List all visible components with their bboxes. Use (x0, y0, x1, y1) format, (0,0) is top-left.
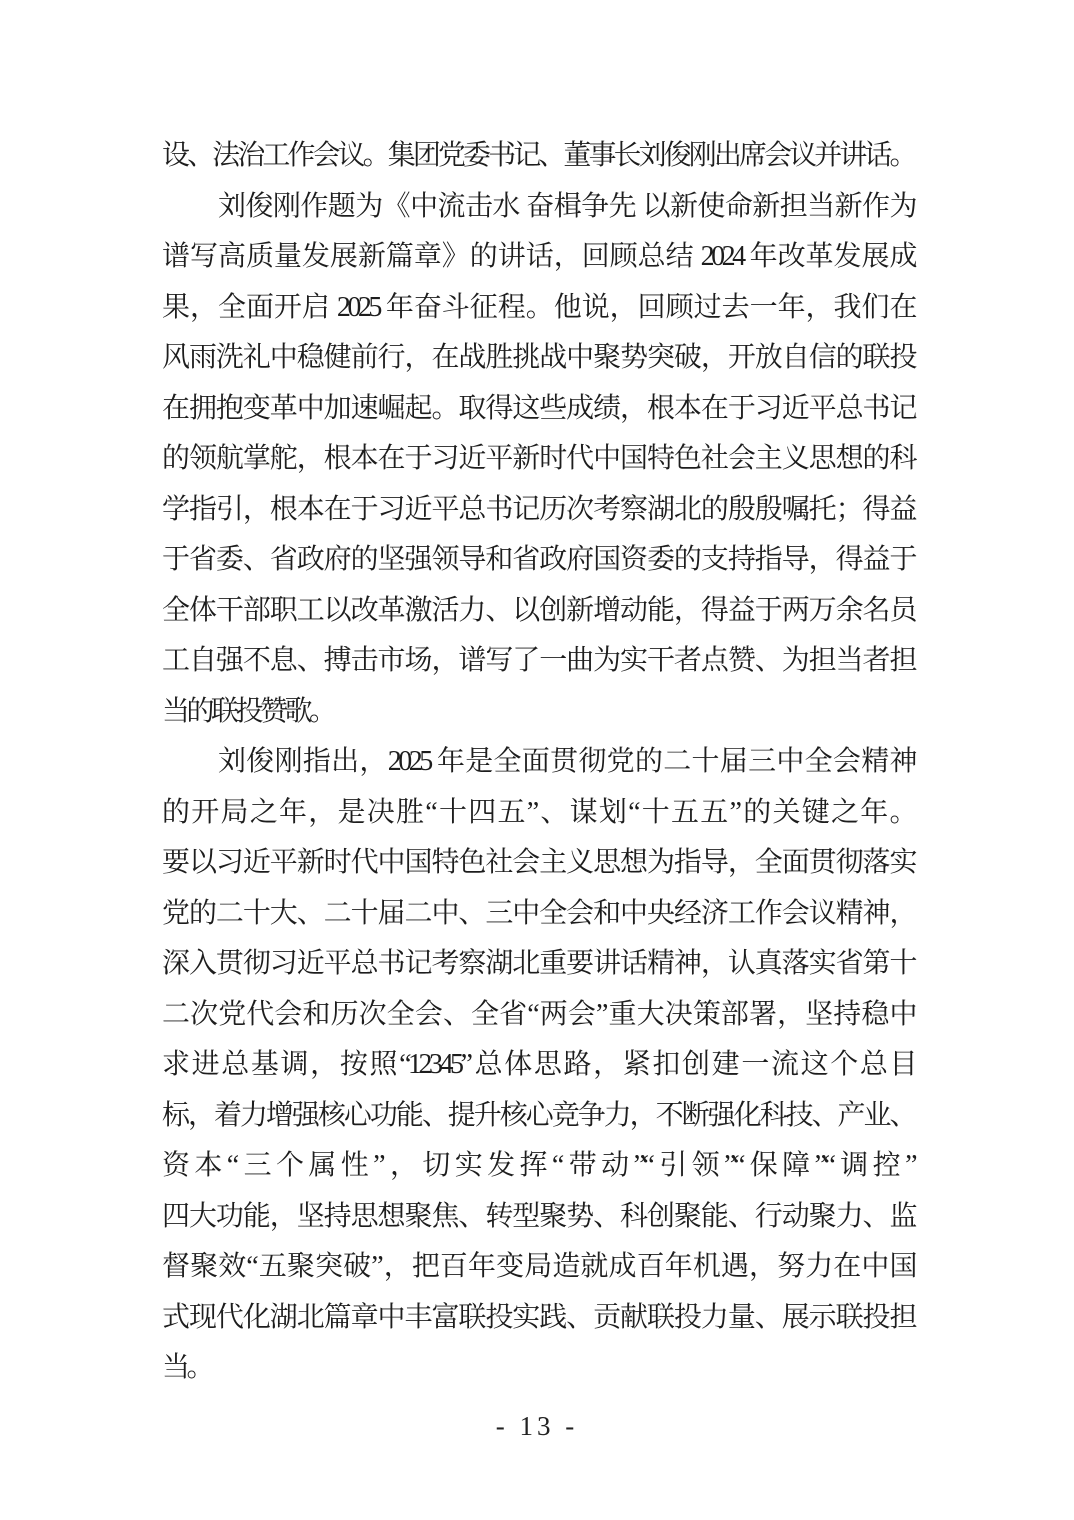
text-line: 二次党代会和历次全会、全省“两会”重大决策部署，坚持稳中 (162, 990, 914, 1041)
text-line: 果，全面开启 2025 年奋斗征程。他说，回顾过去一年，我们在 (162, 283, 914, 334)
text-line: 的开局之年，是决胜“十四五”、谋划“十五五”的关键之年。 (162, 788, 914, 839)
paragraph-meeting-intro-continuation: 设、法治工作会议。集团党委书记、董事长刘俊刚出席会议并讲话。 (162, 131, 914, 182)
text-line: 深入贯彻习近平总书记考察湖北重要讲话精神，认真落实省第十 (162, 939, 914, 990)
text-line: 式现代化湖北篇章中丰富联投实践、贡献联投力量、展示联投担 (162, 1293, 914, 1344)
text-line: 工自强不息、搏击市场，谱写了一曲为实干者点赞、为担当者担 (162, 636, 914, 687)
text-line: 于省委、省政府的坚强领导和省政府国资委的支持指导，得益于 (162, 535, 914, 586)
text-line: 当。 (162, 1343, 914, 1394)
text-line: 的领航掌舵，根本在于习近平新时代中国特色社会主义思想的科 (162, 434, 914, 485)
document-body: 设、法治工作会议。集团党委书记、董事长刘俊刚出席会议并讲话。刘俊刚作题为《中流击… (162, 131, 914, 1394)
text-line: 在拥抱变革中加速崛起。取得这些成绩，根本在于习近平总书记 (162, 384, 914, 435)
paragraph-2025-outlook: 刘俊刚指出，2025 年是全面贯彻党的二十届三中全会精神的开局之年，是决胜“十四… (162, 737, 914, 1394)
text-line: 刘俊刚指出，2025 年是全面贯彻党的二十届三中全会精神 (162, 737, 914, 788)
text-line: 四大功能，坚持思想聚焦、转型聚势、科创聚能、行动聚力、监 (162, 1192, 914, 1243)
text-line: 全体干部职工以改革激活力、以创新增动能，得益于两万余名员 (162, 586, 914, 637)
text-line: 风雨洗礼中稳健前行，在战胜挑战中聚势突破，开放自信的联投 (162, 333, 914, 384)
text-line: 谱写高质量发展新篇章》的讲话，回顾总结 2024 年改革发展成 (162, 232, 914, 283)
text-line: 学指引，根本在于习近平总书记历次考察湖北的殷殷嘱托；得益 (162, 485, 914, 536)
text-line: 刘俊刚作题为《中流击水 奋楫争先 以新使命新担当新作为 (162, 182, 914, 233)
document-page: 设、法治工作会议。集团党委书记、董事长刘俊刚出席会议并讲话。刘俊刚作题为《中流击… (0, 0, 1074, 1520)
text-line: 要以习近平新时代中国特色社会主义思想为指导，全面贯彻落实 (162, 838, 914, 889)
text-line: 标，着力增强核心功能、提升核心竞争力，不断强化科技、产业、 (162, 1091, 914, 1142)
paragraph-speech-review-2024: 刘俊刚作题为《中流击水 奋楫争先 以新使命新担当新作为谱写高质量发展新篇章》的讲… (162, 182, 914, 738)
text-line: 督聚效“五聚突破”，把百年变局造就成百年机遇，努力在中国 (162, 1242, 914, 1293)
text-line: 求进总基调，按照“12345”总体思路，紧扣创建一流这个总目 (162, 1040, 914, 1091)
page-footer: - 13 - (0, 1411, 1074, 1442)
text-line: 当的联投赞歌。 (162, 687, 914, 738)
text-line: 党的二十大、二十届二中、三中全会和中央经济工作会议精神， (162, 889, 914, 940)
page-number: - 13 - (496, 1411, 578, 1441)
text-line: 资本“三个属性”，切实发挥“带动”“引领”“保障”“调控” (162, 1141, 914, 1192)
text-line: 设、法治工作会议。集团党委书记、董事长刘俊刚出席会议并讲话。 (162, 131, 914, 182)
